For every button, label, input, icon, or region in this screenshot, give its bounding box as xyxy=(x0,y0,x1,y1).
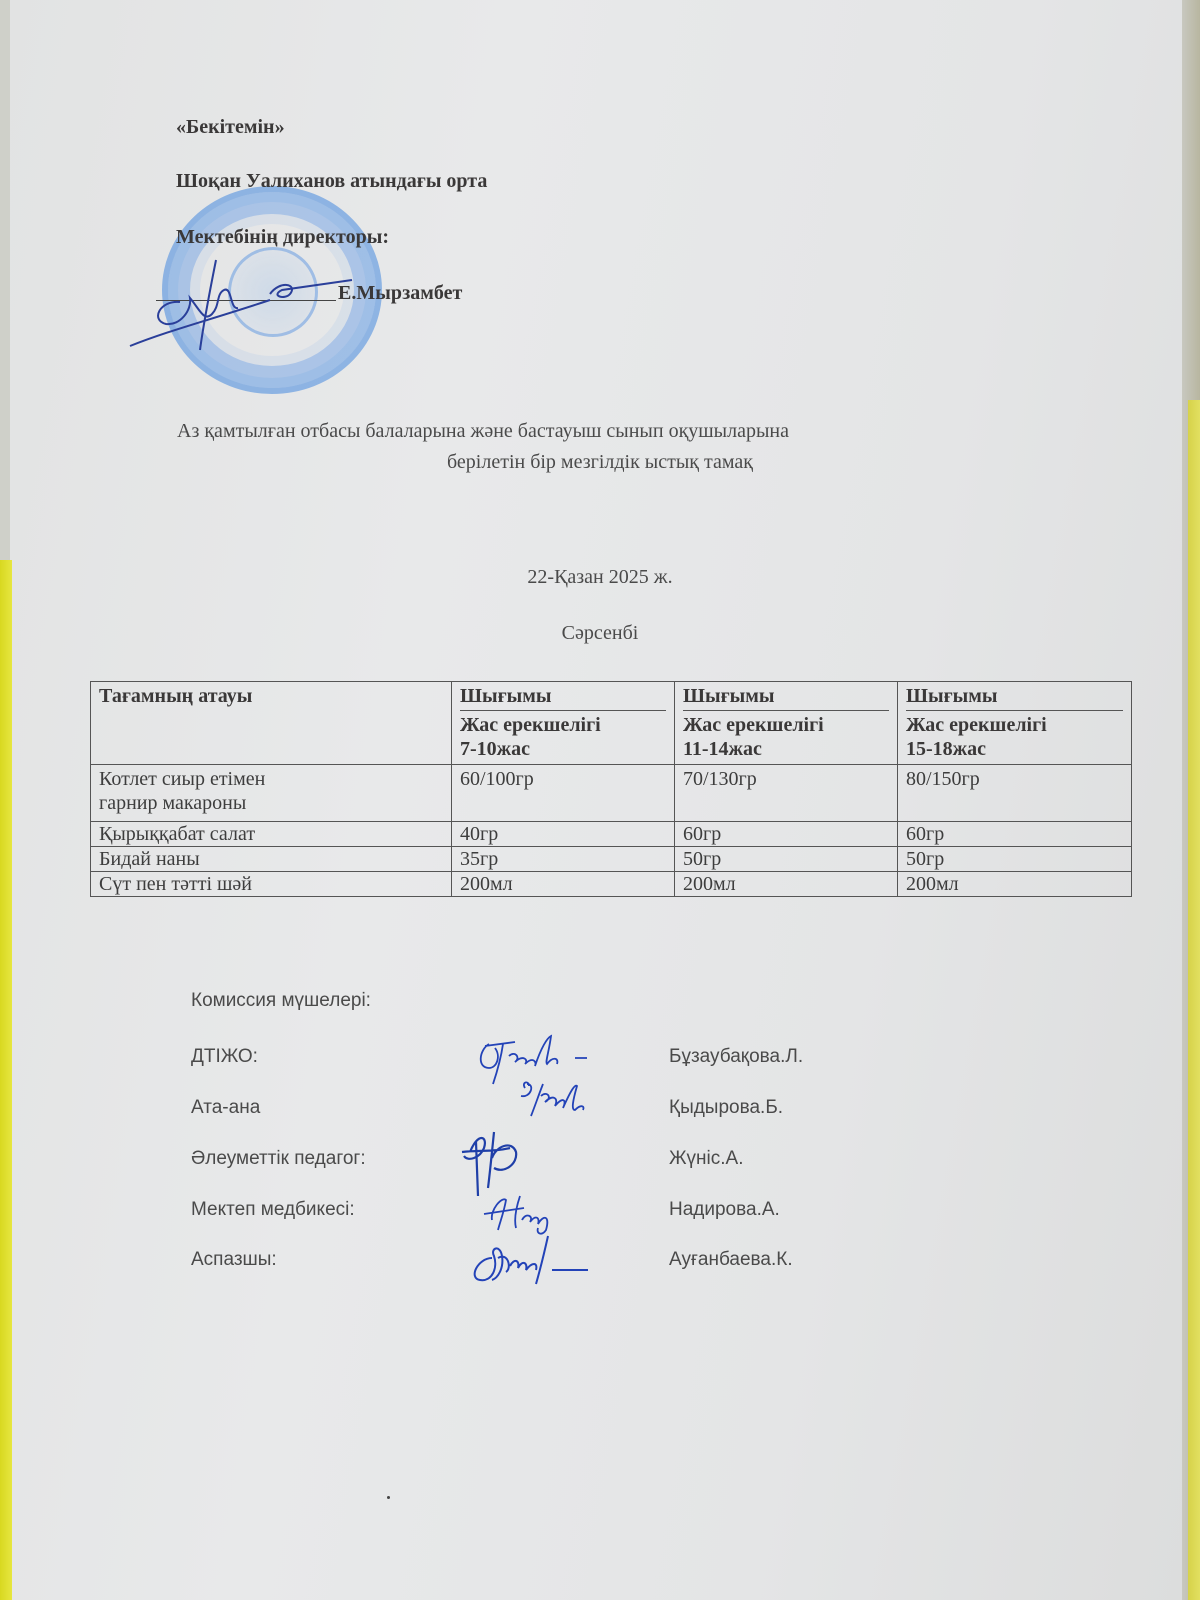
left-edge-shade xyxy=(0,0,10,560)
document-date: 22-Қазан 2025 ж. xyxy=(0,566,1200,589)
menu-table: Тағамның атауы Шығымы Жас ерекшелігі 7-1… xyxy=(90,681,1132,897)
member-name: Жүніс.А. xyxy=(669,1148,744,1170)
document-weekday: Сәрсенбі xyxy=(0,622,1200,645)
approval-label: «Бекітемін» xyxy=(176,116,285,139)
dish-name-line-2: гарнир макароны xyxy=(99,792,246,814)
dish-name-line-1: Котлет сиыр етімен xyxy=(99,768,265,790)
age-label: Жас ерекшелігі xyxy=(683,714,824,736)
header-dish-name: Тағамның атауы xyxy=(91,682,452,765)
table-row: Қырыққабат салат 40гр 60гр 60гр xyxy=(91,822,1132,847)
age-range: 11-14жас xyxy=(683,738,762,760)
commission-title: Комиссия мүшелері: xyxy=(191,990,371,1012)
header-age-7-10: Шығымы Жас ерекшелігі 7-10жас xyxy=(452,682,675,765)
portion-cell: 80/150гр xyxy=(898,765,1132,822)
portion-cell: 60гр xyxy=(675,822,898,847)
portion-cell: 60/100гр xyxy=(452,765,675,822)
portion-cell: 50гр xyxy=(675,847,898,872)
table-header-row: Тағамның атауы Шығымы Жас ерекшелігі 7-1… xyxy=(91,682,1132,765)
portion-cell: 200мл xyxy=(452,872,675,897)
portion-cell: 60гр xyxy=(898,822,1132,847)
document-date-text: 22-Қазан 2025 ж. xyxy=(527,566,672,589)
age-range: 15-18жас xyxy=(906,738,986,760)
dish-cell: Бидай наны xyxy=(91,847,452,872)
paper-speck xyxy=(387,1496,390,1499)
yield-label: Шығымы xyxy=(460,684,666,711)
member-role: Әлеуметтік педагог: xyxy=(191,1148,366,1170)
member-name: Бұзаубақова.Л. xyxy=(669,1046,803,1068)
member-role: ДТІЖО: xyxy=(191,1046,258,1068)
portion-cell: 70/130гр xyxy=(675,765,898,822)
document-title-line-2-text: берілетін бір мезгілдік ыстық тамақ xyxy=(447,451,753,474)
table-row: Сүт пен тәтті шәй 200мл 200мл 200мл xyxy=(91,872,1132,897)
member-name: Надирова.А. xyxy=(669,1199,780,1221)
age-label: Жас ерекшелігі xyxy=(460,714,601,736)
dish-cell: Қырыққабат салат xyxy=(91,822,452,847)
school-name-line: Шоқан Уалиханов атындағы орта xyxy=(176,170,487,193)
dish-cell: Котлет сиыр етімен гарнир макароны xyxy=(91,765,452,822)
yield-label: Шығымы xyxy=(683,684,889,711)
yield-label: Шығымы xyxy=(906,684,1123,711)
director-title-line: Мектебінің директоры: xyxy=(176,226,389,249)
member-role: Аспазшы: xyxy=(191,1249,277,1271)
age-label: Жас ерекшелігі xyxy=(906,714,1047,736)
document-title-line-2: берілетін бір мезгілдік ыстық тамақ xyxy=(0,451,1200,474)
table-row: Котлет сиыр етімен гарнир макароны 60/10… xyxy=(91,765,1132,822)
header-age-11-14: Шығымы Жас ерекшелігі 11-14жас xyxy=(675,682,898,765)
age-range: 7-10жас xyxy=(460,738,530,760)
member-name: Ауғанбаева.К. xyxy=(669,1249,793,1271)
portion-cell: 200мл xyxy=(675,872,898,897)
member-name: Қыдырова.Б. xyxy=(669,1097,783,1119)
document-weekday-text: Сәрсенбі xyxy=(562,622,639,645)
header-age-15-18: Шығымы Жас ерекшелігі 15-18жас xyxy=(898,682,1132,765)
dish-cell: Сүт пен тәтті шәй xyxy=(91,872,452,897)
yellow-folder-left-edge xyxy=(0,560,12,1600)
member-role: Мектеп медбикесі: xyxy=(191,1199,355,1221)
portion-cell: 35гр xyxy=(452,847,675,872)
member-role: Ата-ана xyxy=(191,1097,260,1119)
table-row: Бидай наны 35гр 50гр 50гр xyxy=(91,847,1132,872)
portion-cell: 50гр xyxy=(898,847,1132,872)
portion-cell: 200мл xyxy=(898,872,1132,897)
portion-cell: 40гр xyxy=(452,822,675,847)
document-title-line-1: Аз қамтылған отбасы балаларына және баст… xyxy=(177,420,789,443)
